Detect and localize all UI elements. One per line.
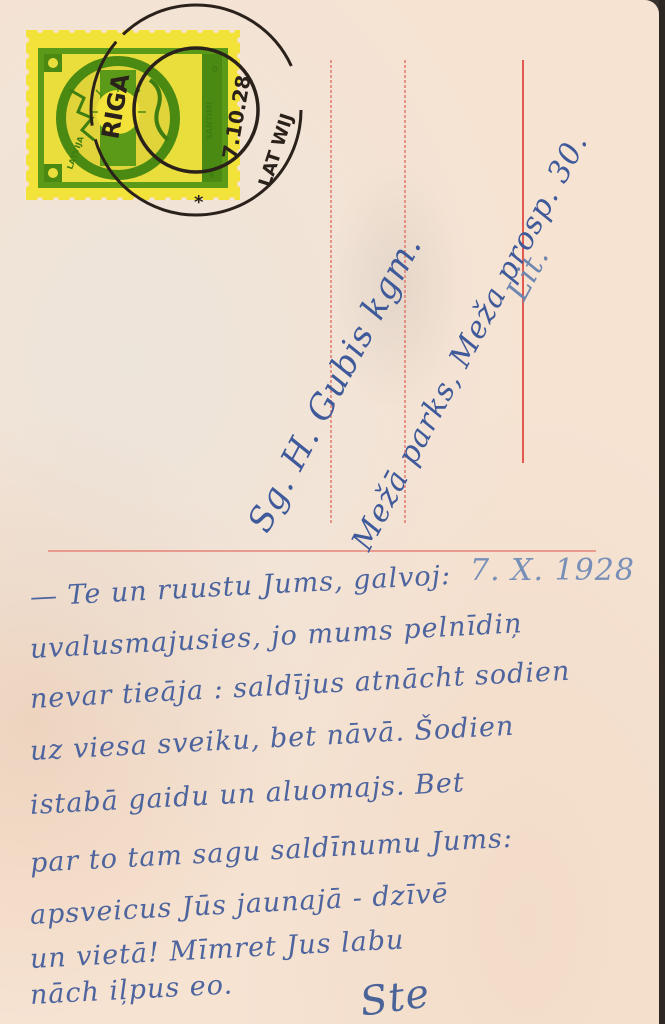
signature: Ste (357, 970, 433, 1024)
svg-text:SANTIMI: SANTIMI (205, 102, 214, 140)
svg-text:0: 0 (212, 65, 218, 74)
svg-text:*: * (194, 192, 204, 213)
message-date: 7. X. 1928 (470, 553, 635, 588)
svg-text:6: 6 (209, 171, 215, 180)
